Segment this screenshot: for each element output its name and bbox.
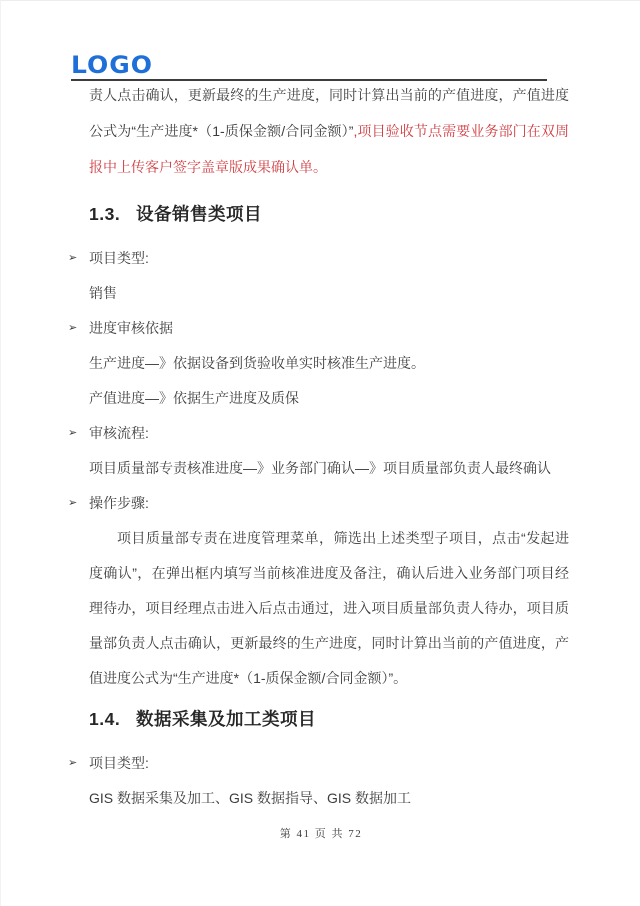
line-text: 产值进度—》依据生产进度及质保: [89, 390, 299, 406]
body-line-review-flow-detail: 项目质量部专责核准进度—》业务部门确认—》项目质量部负责人最终确认: [89, 451, 569, 486]
body-line-output-progress: 产值进度—》依据生产进度及质保: [89, 381, 569, 416]
bullet-label: 项目类型:: [89, 250, 149, 266]
bullet-item-project-type: ➢项目类型:: [89, 241, 569, 276]
arrowhead-bullet-icon: ➢: [68, 241, 77, 276]
line-text: 生产进度—》依据设备到货验收单实时核准生产进度。: [89, 355, 425, 371]
company-logo: LOGO: [71, 51, 153, 79]
document-body: 责人点击确认，更新最终的生产进度，同时计算出当前的产值进度，产值进度公式为“生产…: [89, 77, 569, 816]
operation-steps-paragraph: 项目质量部专责在进度管理菜单，筛选出上述类型子项目，点击“发起进度确认”，在弹出…: [89, 521, 569, 696]
page-footer: 第 41 页 共 72: [1, 825, 640, 841]
body-line-sales: 销售: [89, 276, 569, 311]
bullet-label: 审核流程:: [89, 425, 149, 441]
document-page: LOGO 责人点击确认，更新最终的生产进度，同时计算出当前的产值进度，产值进度公…: [0, 0, 640, 906]
line-text: 销售: [89, 285, 117, 301]
body-line-gis-types: GIS 数据采集及加工、GIS 数据指导、GIS 数据加工: [89, 781, 569, 816]
bullet-label: 进度审核依据: [89, 320, 173, 336]
section-title: 设备销售类项目: [136, 204, 262, 224]
bullet-item-review-basis: ➢进度审核依据: [89, 311, 569, 346]
bullet-label: 项目类型:: [89, 755, 149, 771]
arrowhead-bullet-icon: ➢: [68, 416, 77, 451]
section-title: 数据采集及加工类项目: [136, 709, 316, 729]
bullet-item-review-flow: ➢审核流程:: [89, 416, 569, 451]
arrowhead-bullet-icon: ➢: [68, 746, 77, 781]
section-heading-1-3: 1.3.设备销售类项目: [89, 199, 569, 229]
body-line-production-progress: 生产进度—》依据设备到货验收单实时核准生产进度。: [89, 346, 569, 381]
section-heading-1-4: 1.4.数据采集及加工类项目: [89, 704, 569, 734]
bullet-item-operation-steps: ➢操作步骤:: [89, 486, 569, 521]
section-number: 1.4.: [89, 704, 136, 734]
line-text: 项目质量部专责核准进度—》业务部门确认—》项目质量部负责人最终确认: [89, 460, 551, 476]
arrowhead-bullet-icon: ➢: [68, 486, 77, 521]
intro-paragraph: 责人点击确认，更新最终的生产进度，同时计算出当前的产值进度，产值进度公式为“生产…: [89, 77, 569, 185]
bullet-item-project-type-2: ➢项目类型:: [89, 746, 569, 781]
line-text: GIS 数据采集及加工、GIS 数据指导、GIS 数据加工: [89, 790, 411, 806]
section-number: 1.3.: [89, 199, 136, 229]
bullet-label: 操作步骤:: [89, 495, 149, 511]
arrowhead-bullet-icon: ➢: [68, 311, 77, 346]
